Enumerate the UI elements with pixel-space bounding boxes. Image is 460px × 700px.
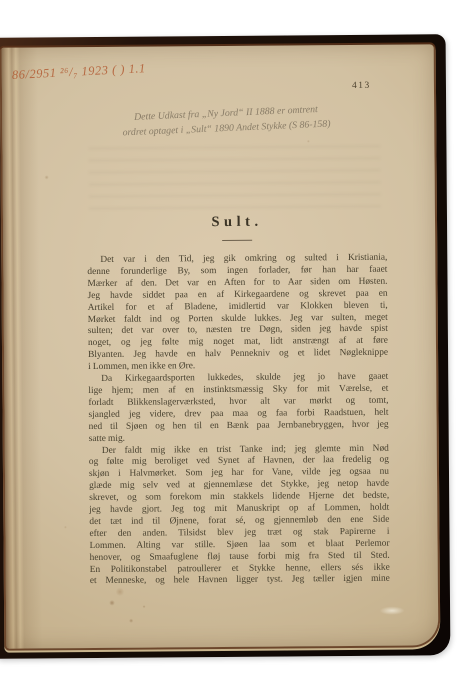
book-page: 86/2951 ²⁶/₇ 1923 ( ) 1.1 413 Dette Udka…: [2, 44, 439, 648]
book-cover: 86/2951 ²⁶/₇ 1923 ( ) 1.1 413 Dette Udka…: [0, 34, 450, 659]
title-divider: [222, 240, 252, 241]
chapter-title: Sult.: [87, 212, 387, 232]
paragraph-2: Da Kirkegaardsporten lukkedes, skulde je…: [88, 372, 389, 446]
page-number: 413: [352, 81, 371, 91]
text-line: Blyanten. Jeg havde en halv Pennekniv og…: [88, 348, 388, 362]
text-column: Sult. Det var i den Tid, jeg gik omkring…: [87, 212, 390, 589]
text-line: et Menneske, og hele Havnen ligger tyst.…: [90, 574, 390, 588]
body-text: Det var i den Tid, jeg gik omkring og su…: [87, 253, 390, 589]
text-line: ned til Sjøen og hen til en Bænk paa Jer…: [89, 419, 389, 433]
accession-number-handwriting: 86/2951 ²⁶/₇ 1923 ( ) 1.1: [12, 58, 213, 83]
paragraph-3: Der faldt mig ikke en trist Tanke ind; j…: [89, 443, 390, 588]
paragraph-1: Det var i den Tid, jeg gik omkring og su…: [87, 253, 388, 374]
photo-background: 86/2951 ²⁶/₇ 1923 ( ) 1.1 413 Dette Udka…: [0, 0, 460, 700]
ink-show-through: [88, 140, 381, 210]
pencil-annotation: Dette Udkast fra „Ny Jord“ II 1888 er om…: [80, 100, 373, 142]
